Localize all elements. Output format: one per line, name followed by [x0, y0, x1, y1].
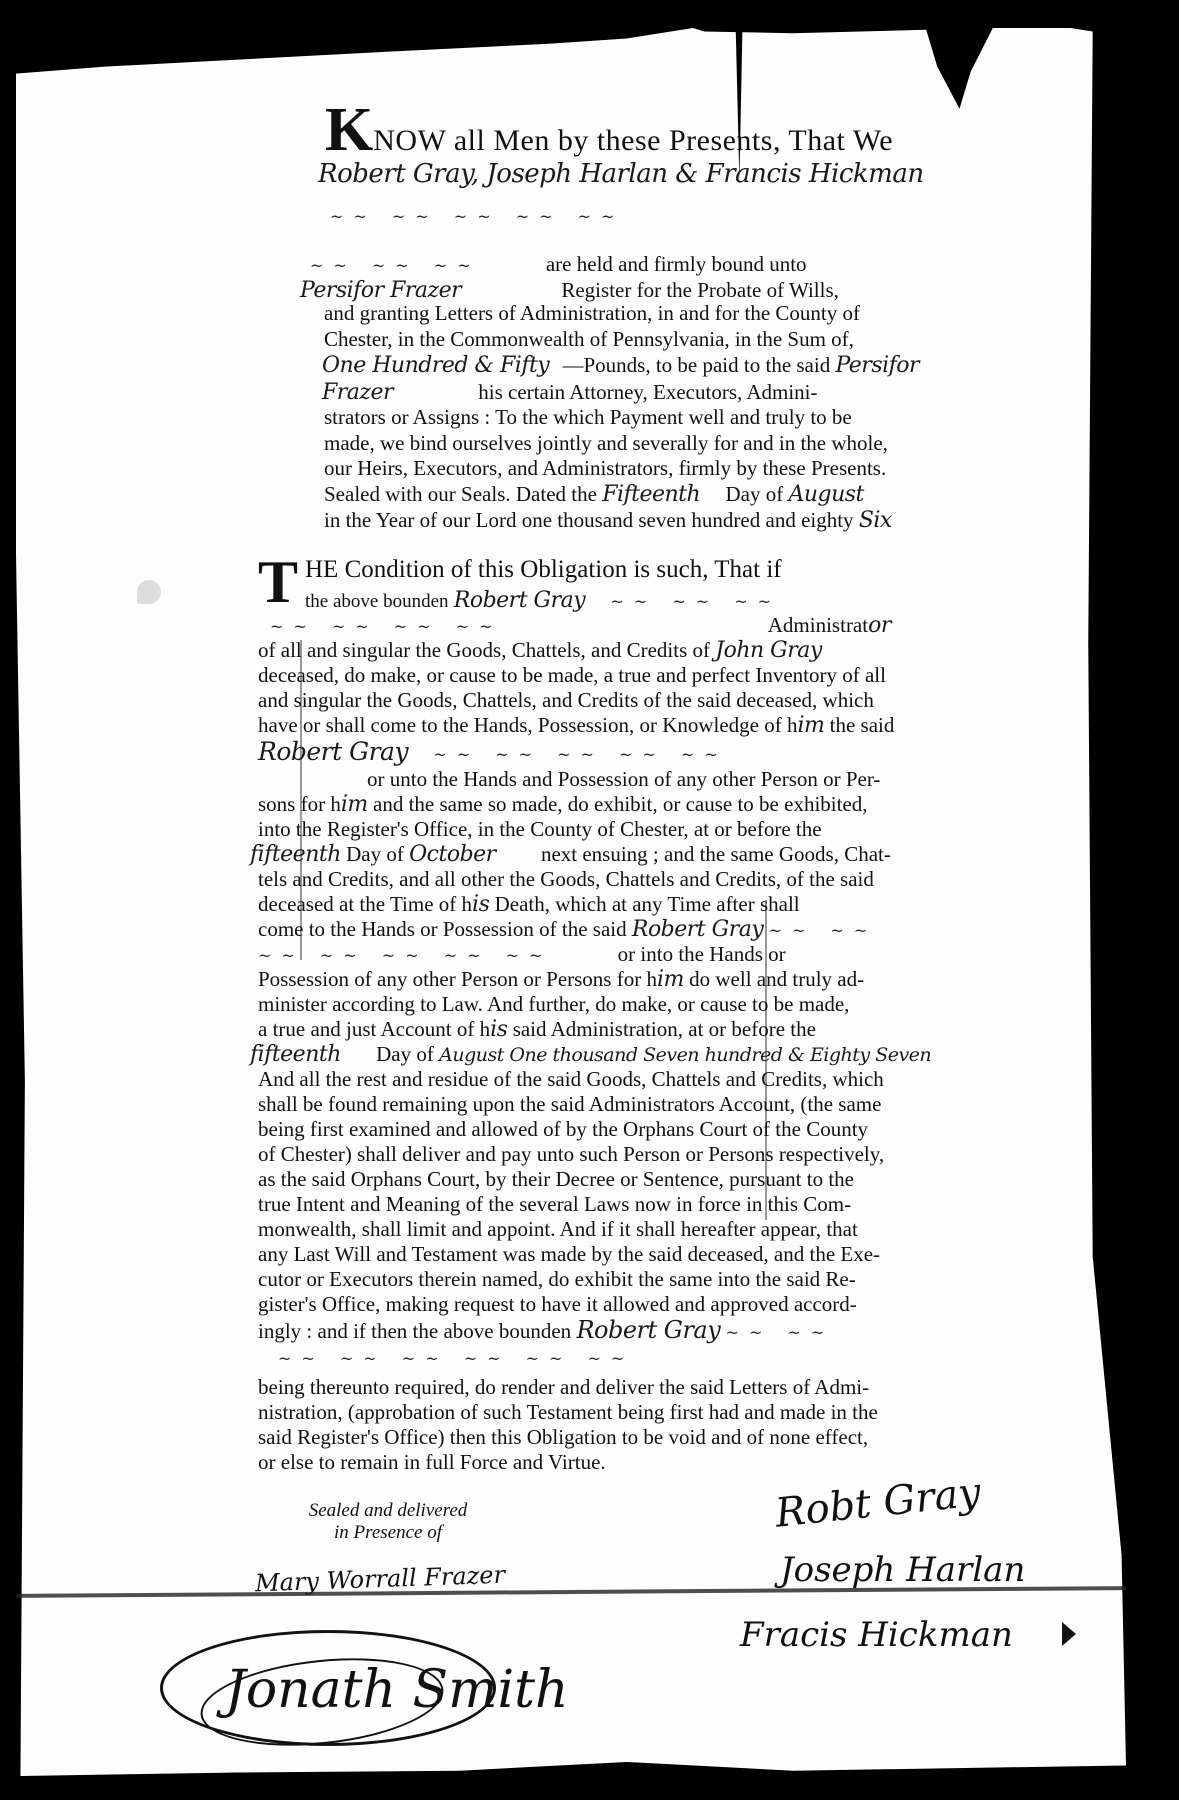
- condition-line-29: gister's Office, making request to have …: [258, 1292, 857, 1316]
- condition-line-25: true Intent and Meaning of the several L…: [258, 1192, 851, 1216]
- opening-line-9: strators or Assigns : To the which Payme…: [324, 405, 852, 429]
- condition-line-6: have or shall come to the Hands, Possess…: [258, 713, 894, 738]
- condition-line-8: or unto the Hands and Possession of any …: [367, 767, 880, 791]
- administrator-name: Robert Gray: [454, 588, 585, 613]
- condition-line-5: and singular the Goods, Chattels, and Cr…: [258, 688, 874, 712]
- filler-marks: ~~ ~~ ~~ ~~ ~~: [330, 205, 624, 229]
- opening-line-7: One Hundred & Fifty —Pounds, to be paid …: [322, 353, 919, 378]
- condition-line-12: tels and Credits, and all other the Good…: [258, 867, 874, 891]
- condition-line-1: the above bounden Robert Gray ~~ ~~ ~~: [305, 588, 781, 614]
- condition-line-4: deceased, do make, or cause to be made, …: [258, 663, 886, 687]
- condition-line-20: And all the rest and residue of the said…: [258, 1067, 884, 1091]
- opening-line-10: made, we bind ourselves jointly and seve…: [324, 431, 888, 455]
- opening-line-13: in the Year of our Lord one thousand sev…: [324, 508, 892, 533]
- witness-label: Sealed and delivered in Presence of: [268, 1500, 508, 1544]
- condition-line-32: nistration, (approbation of such Testame…: [258, 1400, 878, 1424]
- condition-line-27: any Last Will and Testament was made by …: [258, 1242, 880, 1266]
- condition-line-14: come to the Hands or Possession of the s…: [258, 917, 877, 943]
- condition-line-30: ingly : and if then the above bounden Ro…: [258, 1318, 834, 1345]
- date-year: Six: [859, 508, 892, 533]
- date-day: Fifteenth: [602, 482, 700, 507]
- condition-line-3: of all and singular the Goods, Chattels,…: [258, 638, 822, 663]
- drop-cap-k: K: [325, 96, 373, 164]
- signature-francis-hickman: Fracis Hickman: [740, 1615, 1013, 1655]
- condition-line-34: or else to remain in full Force and Virt…: [258, 1450, 606, 1474]
- condition-line-21: shall be found remaining upon the said A…: [258, 1092, 881, 1116]
- condition-line-16: Possession of any other Person or Person…: [258, 967, 864, 992]
- opening-line-5: and granting Letters of Administration, …: [324, 301, 860, 325]
- condition-line-24: as the said Orphans Court, by their Decr…: [258, 1167, 854, 1191]
- condition-line-2: ~~ ~~ ~~ ~~ Administrator: [270, 613, 891, 639]
- bond-sum: One Hundred & Fifty: [322, 353, 549, 378]
- registrar-signature: Jonath Smith: [225, 1660, 569, 1720]
- signature-joseph-harlan: Joseph Harlan: [780, 1550, 1025, 1590]
- filler-marks: ~~ ~~ ~~ ~~ ~~ ~~: [278, 1347, 634, 1371]
- condition-line-28: cutor or Executors therein named, do exh…: [258, 1267, 856, 1291]
- condition-line-26: monwealth, shall limit and appoint. And …: [258, 1217, 858, 1241]
- deceased-name: John Gray: [715, 638, 822, 663]
- condition-line-22: being first examined and allowed of by t…: [258, 1117, 868, 1141]
- condition-line-18: a true and just Account of his said Admi…: [258, 1017, 816, 1042]
- condition-line-11: fifteenth Day of October next ensuing ; …: [250, 842, 891, 867]
- condition-line-23: of Chester) shall deliver and pay unto s…: [258, 1142, 884, 1166]
- condition-line-17: minister according to Law. And further, …: [258, 992, 849, 1016]
- opening-line-8: Frazer his certain Attorney, Executors, …: [322, 380, 818, 405]
- opening-line-4: Persifor Frazer Register for the Probate…: [300, 278, 839, 303]
- opening-line-6: Chester, in the Commonwealth of Pennsylv…: [324, 327, 854, 351]
- opening-line-12: Sealed with our Seals. Dated the Fifteen…: [324, 482, 864, 507]
- condition-line-13: deceased at the Time of his Death, which…: [258, 892, 800, 917]
- obligee-name: Persifor Frazer: [300, 278, 461, 303]
- condition-line-33: said Register's Office) then this Obliga…: [258, 1425, 868, 1449]
- opening-line-11: our Heirs, Executors, and Administrators…: [324, 456, 886, 480]
- condition-line-15: ~~ ~~ ~~ ~~ ~~ or into the Hands or: [258, 942, 786, 968]
- paper-stain: [137, 580, 161, 604]
- condition-line-7: Robert Gray ~~ ~~ ~~ ~~ ~~: [258, 740, 728, 767]
- condition-line-31: being thereunto required, do render and …: [258, 1375, 869, 1399]
- condition-heading: HE Condition of this Obligation is such,…: [305, 558, 782, 582]
- condition-line-9: sons for him and the same so made, do ex…: [258, 792, 868, 817]
- opening-heading: KNOW all Men by these Presents, That We: [325, 105, 893, 155]
- seal-mark-icon: [1062, 1622, 1076, 1646]
- condition-line-10: into the Register's Office, in the Count…: [258, 817, 822, 841]
- opening-line-3: ~~ ~~ ~~ are held and firmly bound unto: [310, 252, 807, 278]
- date-month: August: [788, 482, 863, 507]
- drop-cap-t: T: [258, 557, 298, 607]
- obligors-names: Robert Gray, Joseph Harlan & Francis Hic…: [318, 162, 924, 186]
- condition-line-19: fifteenth Day of August One thousand Sev…: [250, 1042, 931, 1067]
